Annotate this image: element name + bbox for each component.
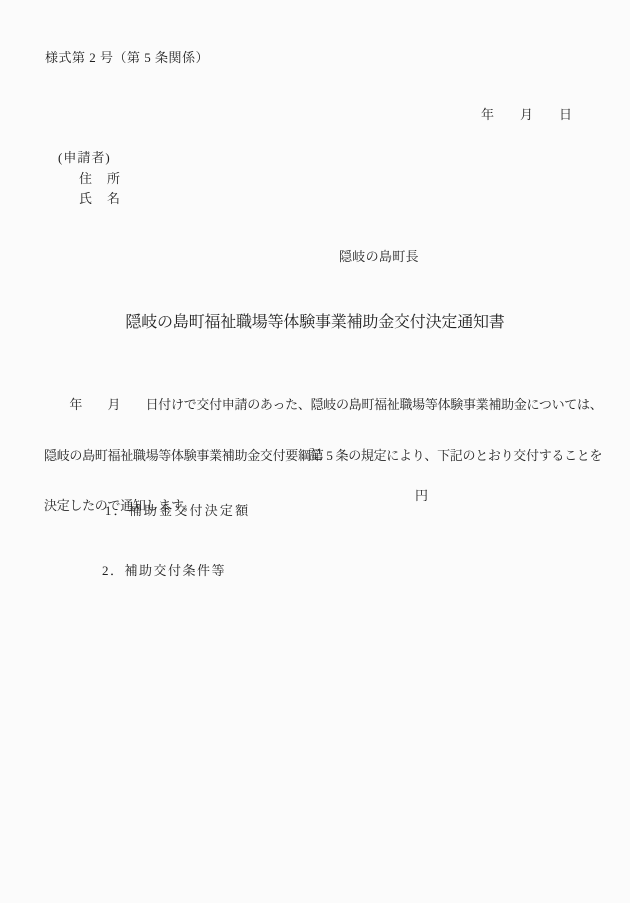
yen-unit-label: 円 — [415, 488, 428, 503]
record-heading: 記 — [0, 447, 630, 462]
applicant-label: (申請者) — [58, 150, 111, 165]
form-number: 様式第 2 号（第 5 条関係） — [45, 50, 209, 65]
applicant-address-label: 住 所 — [79, 171, 121, 186]
document-page: 様式第 2 号（第 5 条関係） 年 月 日 (申請者) 住 所 氏 名 隠岐の… — [0, 0, 630, 903]
grant-conditions-label: 2．補助交付条件等 — [102, 563, 226, 578]
applicant-name-label: 氏 名 — [79, 191, 121, 206]
date-line: 年 月 日 — [0, 107, 572, 122]
grant-amount-item: 1．補助金交付決定額 円 — [83, 488, 250, 548]
document-title: 隠岐の島町福祉職場等体験事業補助金交付決定通知書 — [0, 313, 630, 332]
addressee-mayor: 隠岐の島町長 — [339, 249, 419, 264]
grant-conditions-item: 2．補助交付条件等 — [83, 548, 226, 593]
grant-amount-label: 1．補助金交付決定額 — [105, 503, 251, 518]
body-line-1: 年 月 日付けで交付申請のあった、隠岐の島町福祉職場等体験事業補助金については、 — [44, 395, 589, 416]
